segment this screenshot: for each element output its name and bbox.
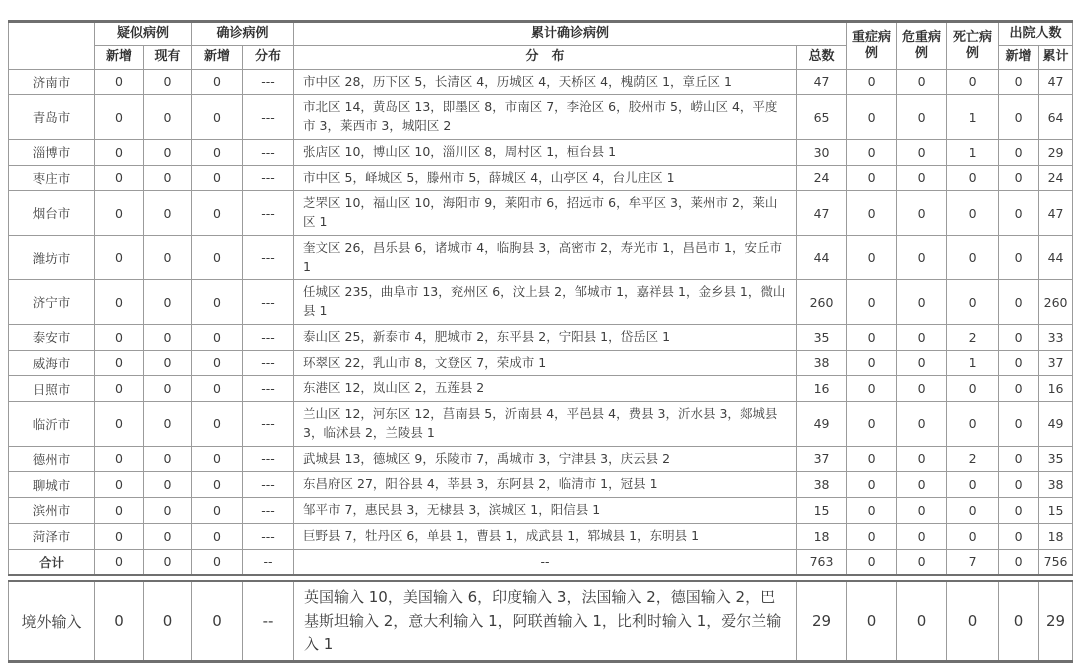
suspected-new-cell: 0 [95, 191, 144, 236]
total-cell: 38 [797, 472, 847, 498]
discharged-new-cell: 0 [999, 402, 1039, 447]
death-cell: 0 [947, 472, 999, 498]
distribution-cell: 市北区 14，黄岛区 13，即墨区 8，市南区 7，李沧区 6，胶州市 5，崂山… [294, 95, 797, 140]
total-cell: 49 [797, 402, 847, 447]
table-row: 临沂市 0 0 0 --- 兰山区 12，河东区 12，莒南县 5，沂南县 4，… [9, 402, 1073, 447]
table-row: 济南市 0 0 0 --- 市中区 28，历下区 5，长清区 4，历城区 4，天… [9, 69, 1073, 95]
city-column-header [9, 22, 95, 70]
severe-cell: 0 [847, 324, 897, 350]
city-name-cell: 烟台市 [9, 191, 95, 236]
discharged-cum-cell: 38 [1039, 472, 1073, 498]
death-cell: 1 [947, 350, 999, 376]
suspected-new-cell: 0 [95, 350, 144, 376]
confirmed-new-cell: 0 [192, 95, 243, 140]
critical-cell: 0 [897, 523, 947, 549]
severe-cell: 0 [847, 498, 897, 524]
table-row: 菏泽市 0 0 0 --- 巨野县 7，牡丹区 6，单县 1，曹县 1，成武县 … [9, 523, 1073, 549]
severe-cell: 0 [847, 446, 897, 472]
confirmed-new-cell: 0 [192, 350, 243, 376]
confirmed-new-cell: 0 [192, 324, 243, 350]
suspected-new-cell: 0 [95, 498, 144, 524]
suspected-current-cell: 0 [144, 402, 192, 447]
suspected-new-cell: 0 [95, 280, 144, 325]
imported-row-label: 境外输入 [9, 581, 95, 661]
severe-cell: 0 [847, 472, 897, 498]
confirmed-dist-cell: --- [243, 324, 294, 350]
discharged-new-cell: 0 [999, 350, 1039, 376]
confirmed-dist-cell: --- [243, 165, 294, 191]
confirmed-new-cell: 0 [192, 139, 243, 165]
imported-confirmed-new-cell: 0 [192, 581, 243, 661]
discharged-new-cell: 0 [999, 324, 1039, 350]
confirmed-new-cell: 0 [192, 402, 243, 447]
critical-cell: 0 [897, 191, 947, 236]
suspected-current-cell: 0 [144, 549, 192, 575]
suspected-new-cell: 0 [95, 235, 144, 280]
severe-cell: 0 [847, 350, 897, 376]
suspected-new-cell: 0 [95, 139, 144, 165]
total-cell: 37 [797, 446, 847, 472]
discharged-new-cell: 0 [999, 95, 1039, 140]
confirmed-dist-cell: --- [243, 95, 294, 140]
city-name-cell: 枣庄市 [9, 165, 95, 191]
discharged-new-cell: 0 [999, 523, 1039, 549]
severe-cell: 0 [847, 549, 897, 575]
discharged-new-cell: 0 [999, 191, 1039, 236]
imported-suspected-new-cell: 0 [95, 581, 144, 661]
imported-severe-cell: 0 [847, 581, 897, 661]
imported-death-cell: 0 [947, 581, 999, 661]
death-cases-header: 死亡病例 [947, 22, 999, 70]
confirmed-dist-cell: --- [243, 472, 294, 498]
discharged-cum-cell: 47 [1039, 69, 1073, 95]
suspected-current-cell: 0 [144, 376, 192, 402]
discharged-new-cell: 0 [999, 69, 1039, 95]
page-content: 疑似病例 确诊病例 累计确诊病例 重症病例 危重病例 死亡病例 出院人数 新增 … [0, 0, 1080, 663]
distribution-cell: 东昌府区 27，阳谷县 4，莘县 3，东阿县 2，临清市 1，冠县 1 [294, 472, 797, 498]
confirmed-dist-cell: --- [243, 498, 294, 524]
city-name-cell: 济南市 [9, 69, 95, 95]
critical-cell: 0 [897, 472, 947, 498]
distribution-cell: 芝罘区 10，福山区 10，海阳市 9，莱阳市 6，招远市 6，牟平区 3，莱州… [294, 191, 797, 236]
imported-critical-cell: 0 [897, 581, 947, 661]
death-cell: 0 [947, 165, 999, 191]
distribution-cell: 邹平市 7，惠民县 3，无棣县 3，滨城区 1，阳信县 1 [294, 498, 797, 524]
discharged-new-cell: 0 [999, 549, 1039, 575]
table-row: 青岛市 0 0 0 --- 市北区 14，黄岛区 13，即墨区 8，市南区 7，… [9, 95, 1073, 140]
discharged-cum-cell: 29 [1039, 139, 1073, 165]
distribution-cell: 环翠区 22，乳山市 8，文登区 7，荣成市 1 [294, 350, 797, 376]
discharged-new-header: 新增 [999, 46, 1039, 69]
discharged-cum-cell: 18 [1039, 523, 1073, 549]
suspected-new-cell: 0 [95, 446, 144, 472]
confirmed-dist-cell: --- [243, 376, 294, 402]
distribution-cell: 市中区 28，历下区 5，长清区 4，历城区 4，天桥区 4，槐荫区 1，章丘区… [294, 69, 797, 95]
suspected-current-cell: 0 [144, 280, 192, 325]
suspected-new-cell: 0 [95, 402, 144, 447]
discharged-new-cell: 0 [999, 472, 1039, 498]
confirmed-new-cell: 0 [192, 472, 243, 498]
distribution-cell: -- [294, 549, 797, 575]
discharged-new-cell: 0 [999, 376, 1039, 402]
confirmed-new-cell: 0 [192, 446, 243, 472]
discharged-new-cell: 0 [999, 165, 1039, 191]
suspected-current-cell: 0 [144, 523, 192, 549]
distribution-cell: 奎文区 26，昌乐县 6，诸城市 4，临朐县 3，高密市 2，寿光市 1，昌邑市… [294, 235, 797, 280]
suspected-current-header: 现有 [144, 46, 192, 69]
imported-discharged-cum-cell: 29 [1039, 581, 1073, 661]
confirmed-dist-cell: --- [243, 69, 294, 95]
critical-cell: 0 [897, 235, 947, 280]
suspected-current-cell: 0 [144, 350, 192, 376]
total-cell: 15 [797, 498, 847, 524]
discharged-new-cell: 0 [999, 280, 1039, 325]
severe-cell: 0 [847, 69, 897, 95]
confirmed-dist-cell: --- [243, 350, 294, 376]
death-cell: 0 [947, 191, 999, 236]
confirmed-cases-header: 确诊病例 [192, 22, 294, 46]
table-row: 泰安市 0 0 0 --- 泰山区 25，新泰市 4，肥城市 2，东平县 2，宁… [9, 324, 1073, 350]
suspected-new-cell: 0 [95, 376, 144, 402]
confirmed-dist-cell: --- [243, 523, 294, 549]
suspected-current-cell: 0 [144, 498, 192, 524]
severe-cell: 0 [847, 235, 897, 280]
confirmed-new-header: 新增 [192, 46, 243, 69]
total-cell: 44 [797, 235, 847, 280]
total-cell: 16 [797, 376, 847, 402]
severe-cell: 0 [847, 402, 897, 447]
distribution-cell: 巨野县 7，牡丹区 6，单县 1，曹县 1，成武县 1，郓城县 1，东明县 1 [294, 523, 797, 549]
city-name-cell: 潍坊市 [9, 235, 95, 280]
imported-total-cell: 29 [797, 581, 847, 661]
table-body: 济南市 0 0 0 --- 市中区 28，历下区 5，长清区 4，历城区 4，天… [9, 69, 1073, 575]
critical-cell: 0 [897, 165, 947, 191]
total-cell: 47 [797, 191, 847, 236]
death-cell: 0 [947, 498, 999, 524]
distribution-cell: 任城区 235，曲阜市 13，兖州区 6，汶上县 2，邹城市 1，嘉祥县 1，金… [294, 280, 797, 325]
total-cell: 47 [797, 69, 847, 95]
imported-confirmed-dist-cell: -- [243, 581, 294, 661]
covid-cases-table: 疑似病例 确诊病例 累计确诊病例 重症病例 危重病例 死亡病例 出院人数 新增 … [8, 20, 1073, 576]
table-row: 聊城市 0 0 0 --- 东昌府区 27，阳谷县 4，莘县 3，东阿县 2，临… [9, 472, 1073, 498]
critical-cell: 0 [897, 376, 947, 402]
suspected-current-cell: 0 [144, 472, 192, 498]
suspected-current-cell: 0 [144, 191, 192, 236]
severe-cell: 0 [847, 376, 897, 402]
distribution-cell: 东港区 12，岚山区 2，五莲县 2 [294, 376, 797, 402]
total-cell: 260 [797, 280, 847, 325]
confirmed-new-cell: 0 [192, 69, 243, 95]
suspected-new-cell: 0 [95, 165, 144, 191]
table-row: 济宁市 0 0 0 --- 任城区 235，曲阜市 13，兖州区 6，汶上县 2… [9, 280, 1073, 325]
distribution-cell: 市中区 5，峄城区 5，滕州市 5，薛城区 4，山亭区 4，台儿庄区 1 [294, 165, 797, 191]
confirmed-new-cell: 0 [192, 523, 243, 549]
total-cell: 38 [797, 350, 847, 376]
city-name-cell: 淄博市 [9, 139, 95, 165]
severe-cell: 0 [847, 280, 897, 325]
total-cell: 30 [797, 139, 847, 165]
confirmed-new-cell: 0 [192, 191, 243, 236]
suspected-current-cell: 0 [144, 324, 192, 350]
suspected-current-cell: 0 [144, 165, 192, 191]
table-row: 滨州市 0 0 0 --- 邹平市 7，惠民县 3，无棣县 3，滨城区 1，阳信… [9, 498, 1073, 524]
table-row: 淄博市 0 0 0 --- 张店区 10，博山区 10，淄川区 8，周村区 1，… [9, 139, 1073, 165]
discharged-cum-cell: 64 [1039, 95, 1073, 140]
city-name-cell: 合计 [9, 549, 95, 575]
imported-cases-table: 境外输入 0 0 0 -- 英国输入 10，美国输入 6，印度输入 3，法国输入… [8, 580, 1073, 663]
city-name-cell: 临沂市 [9, 402, 95, 447]
suspected-new-cell: 0 [95, 95, 144, 140]
discharged-cum-cell: 24 [1039, 165, 1073, 191]
discharged-new-cell: 0 [999, 446, 1039, 472]
city-name-cell: 青岛市 [9, 95, 95, 140]
suspected-new-cell: 0 [95, 472, 144, 498]
death-cell: 2 [947, 446, 999, 472]
table-row: 合计 0 0 0 -- -- 763 0 0 7 0 756 [9, 549, 1073, 575]
confirmed-new-cell: 0 [192, 280, 243, 325]
discharged-header: 出院人数 [999, 22, 1073, 46]
severe-cell: 0 [847, 191, 897, 236]
distribution-cell: 兰山区 12，河东区 12，莒南县 5，沂南县 4，平邑县 4，费县 3，沂水县… [294, 402, 797, 447]
imported-distribution-cell: 英国输入 10，美国输入 6，印度输入 3，法国输入 2，德国输入 2，巴基斯坦… [294, 581, 797, 661]
city-name-cell: 菏泽市 [9, 523, 95, 549]
confirmed-dist-cell: --- [243, 280, 294, 325]
cumulative-confirmed-header: 累计确诊病例 [294, 22, 847, 46]
table-row: 潍坊市 0 0 0 --- 奎文区 26，昌乐县 6，诸城市 4，临朐县 3，高… [9, 235, 1073, 280]
confirmed-new-cell: 0 [192, 235, 243, 280]
discharged-cum-cell: 756 [1039, 549, 1073, 575]
discharged-cum-cell: 33 [1039, 324, 1073, 350]
table-row: 日照市 0 0 0 --- 东港区 12，岚山区 2，五莲县 2 16 0 0 … [9, 376, 1073, 402]
city-name-cell: 滨州市 [9, 498, 95, 524]
discharged-new-cell: 0 [999, 498, 1039, 524]
critical-cell: 0 [897, 324, 947, 350]
discharged-cum-cell: 44 [1039, 235, 1073, 280]
cumulative-dist-header: 分 布 [294, 46, 797, 69]
confirmed-dist-cell: --- [243, 235, 294, 280]
death-cell: 2 [947, 324, 999, 350]
death-cell: 0 [947, 402, 999, 447]
cumulative-total-header: 总数 [797, 46, 847, 69]
critical-cell: 0 [897, 446, 947, 472]
critical-cell: 0 [897, 498, 947, 524]
city-name-cell: 德州市 [9, 446, 95, 472]
city-name-cell: 聊城市 [9, 472, 95, 498]
city-name-cell: 济宁市 [9, 280, 95, 325]
death-cell: 0 [947, 235, 999, 280]
suspected-new-cell: 0 [95, 549, 144, 575]
critical-cell: 0 [897, 549, 947, 575]
critical-cell: 0 [897, 139, 947, 165]
confirmed-new-cell: 0 [192, 498, 243, 524]
discharged-new-cell: 0 [999, 139, 1039, 165]
confirmed-dist-cell: --- [243, 191, 294, 236]
table-row: 德州市 0 0 0 --- 武城县 13，德城区 9，乐陵市 7，禹城市 3，宁… [9, 446, 1073, 472]
city-name-cell: 泰安市 [9, 324, 95, 350]
table-row: 烟台市 0 0 0 --- 芝罘区 10，福山区 10，海阳市 9，莱阳市 6，… [9, 191, 1073, 236]
suspected-new-header: 新增 [95, 46, 144, 69]
severe-cell: 0 [847, 165, 897, 191]
confirmed-dist-cell: -- [243, 549, 294, 575]
confirmed-new-cell: 0 [192, 549, 243, 575]
discharged-cum-cell: 260 [1039, 280, 1073, 325]
death-cell: 0 [947, 523, 999, 549]
suspected-current-cell: 0 [144, 446, 192, 472]
discharged-cum-cell: 35 [1039, 446, 1073, 472]
critical-cell: 0 [897, 402, 947, 447]
discharged-cum-cell: 49 [1039, 402, 1073, 447]
discharged-cum-cell: 47 [1039, 191, 1073, 236]
critical-cell: 0 [897, 280, 947, 325]
death-cell: 1 [947, 95, 999, 140]
total-cell: 763 [797, 549, 847, 575]
suspected-current-cell: 0 [144, 235, 192, 280]
table-row: 枣庄市 0 0 0 --- 市中区 5，峄城区 5，滕州市 5，薛城区 4，山亭… [9, 165, 1073, 191]
imported-row: 境外输入 0 0 0 -- 英国输入 10，美国输入 6，印度输入 3，法国输入… [9, 581, 1073, 661]
table-row: 威海市 0 0 0 --- 环翠区 22，乳山市 8，文登区 7，荣成市 1 3… [9, 350, 1073, 376]
table-header: 疑似病例 确诊病例 累计确诊病例 重症病例 危重病例 死亡病例 出院人数 新增 … [9, 22, 1073, 70]
death-cell: 0 [947, 280, 999, 325]
confirmed-dist-cell: --- [243, 446, 294, 472]
discharged-cum-header: 累计 [1039, 46, 1073, 69]
death-cell: 1 [947, 139, 999, 165]
confirmed-new-cell: 0 [192, 165, 243, 191]
death-cell: 0 [947, 376, 999, 402]
suspected-new-cell: 0 [95, 324, 144, 350]
distribution-cell: 张店区 10，博山区 10，淄川区 8，周村区 1，桓台县 1 [294, 139, 797, 165]
critical-cases-header: 危重病例 [897, 22, 947, 70]
critical-cell: 0 [897, 350, 947, 376]
death-cell: 7 [947, 549, 999, 575]
severe-cell: 0 [847, 139, 897, 165]
imported-suspected-current-cell: 0 [144, 581, 192, 661]
confirmed-dist-header: 分布 [243, 46, 294, 69]
confirmed-dist-cell: --- [243, 402, 294, 447]
severe-cell: 0 [847, 523, 897, 549]
imported-discharged-new-cell: 0 [999, 581, 1039, 661]
severe-cell: 0 [847, 95, 897, 140]
city-name-cell: 日照市 [9, 376, 95, 402]
critical-cell: 0 [897, 69, 947, 95]
confirmed-dist-cell: --- [243, 139, 294, 165]
suspected-current-cell: 0 [144, 139, 192, 165]
discharged-cum-cell: 16 [1039, 376, 1073, 402]
suspected-current-cell: 0 [144, 69, 192, 95]
confirmed-new-cell: 0 [192, 376, 243, 402]
total-cell: 35 [797, 324, 847, 350]
death-cell: 0 [947, 69, 999, 95]
distribution-cell: 武城县 13，德城区 9，乐陵市 7，禹城市 3，宁津县 3，庆云县 2 [294, 446, 797, 472]
suspected-new-cell: 0 [95, 523, 144, 549]
total-cell: 18 [797, 523, 847, 549]
city-name-cell: 威海市 [9, 350, 95, 376]
suspected-current-cell: 0 [144, 95, 192, 140]
total-cell: 24 [797, 165, 847, 191]
suspected-new-cell: 0 [95, 69, 144, 95]
discharged-cum-cell: 37 [1039, 350, 1073, 376]
severe-cases-header: 重症病例 [847, 22, 897, 70]
discharged-new-cell: 0 [999, 235, 1039, 280]
total-cell: 65 [797, 95, 847, 140]
critical-cell: 0 [897, 95, 947, 140]
distribution-cell: 泰山区 25，新泰市 4，肥城市 2，东平县 2，宁阳县 1，岱岳区 1 [294, 324, 797, 350]
discharged-cum-cell: 15 [1039, 498, 1073, 524]
suspected-cases-header: 疑似病例 [95, 22, 192, 46]
